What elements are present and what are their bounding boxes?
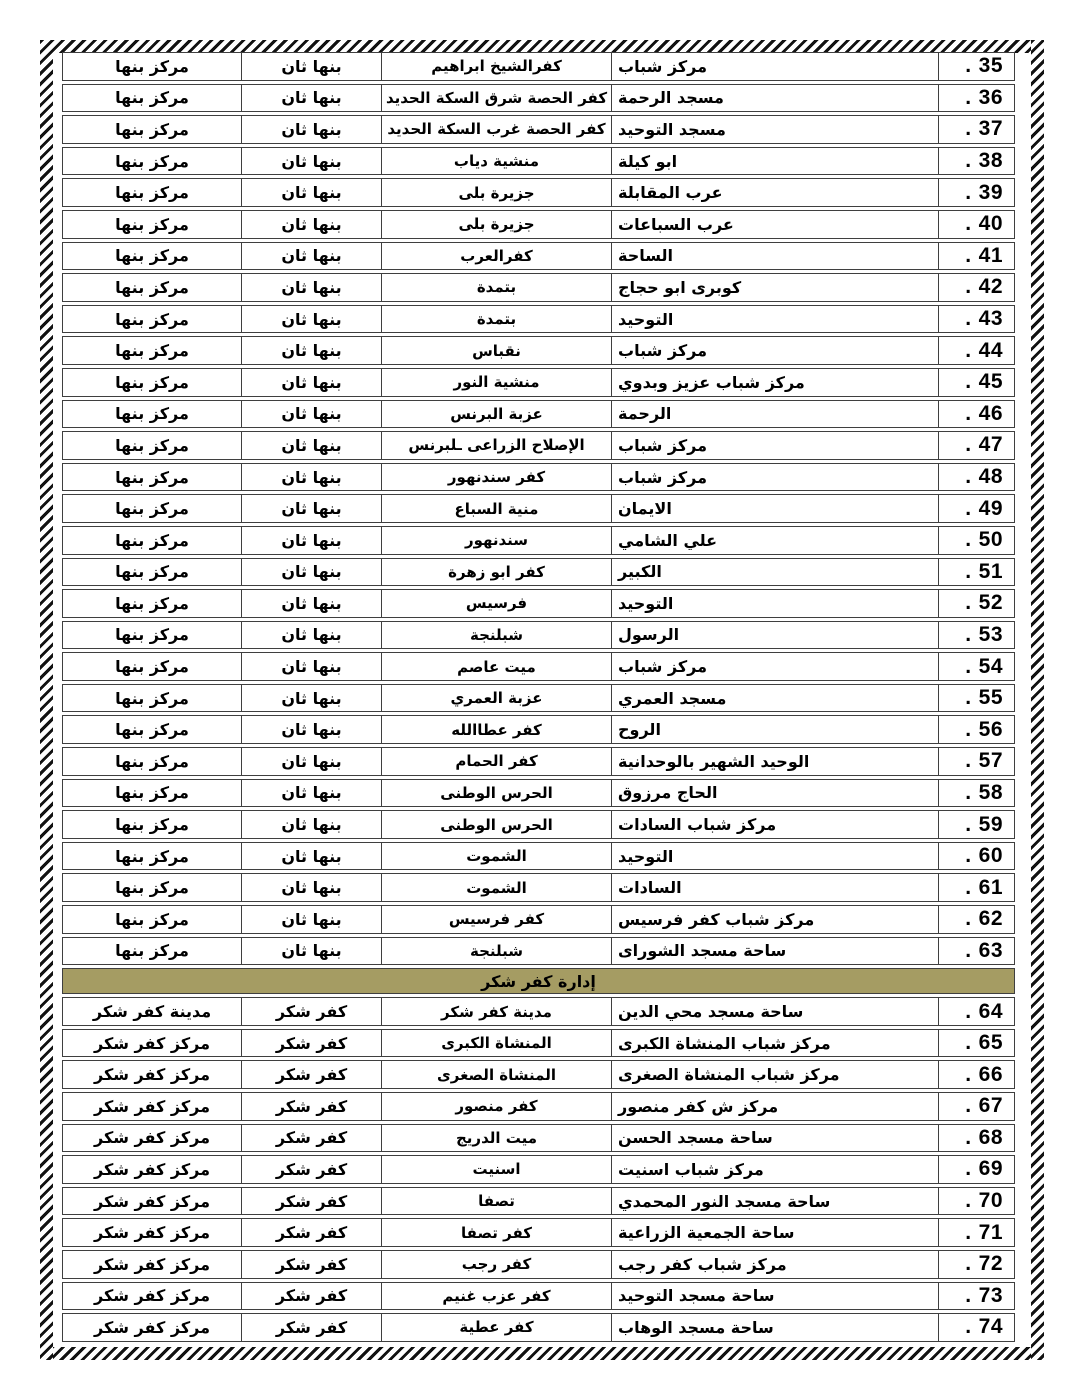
- name-cell: ساحة مسجد الوهاب: [611, 1314, 938, 1341]
- name-cell: مركز شباب المنشاة الصغرى: [611, 1061, 938, 1088]
- district-cell: بنها ثان: [241, 685, 381, 712]
- row-number-cell: .74: [938, 1314, 1014, 1341]
- row-number: 60: [979, 844, 1003, 868]
- village-cell: كفر عزب غنيم: [381, 1283, 611, 1310]
- table-row: مركز كفر شكر كفر شكر كفر عطية ساحة مسجد …: [62, 1313, 1015, 1342]
- row-number-cell: .56: [938, 716, 1014, 743]
- row-number: 38: [979, 149, 1003, 173]
- row-number: 43: [979, 307, 1003, 331]
- village-cell: سندنهور: [381, 527, 611, 554]
- center-cell: مركز بنها: [63, 590, 241, 617]
- name-cell: التوحيد: [611, 590, 938, 617]
- table-row: مركز بنها بنها ثان منشية النور مركز شباب…: [62, 368, 1015, 397]
- name-cell: كوبرى ابو حجاج: [611, 274, 938, 301]
- row-number: 64: [979, 1000, 1003, 1024]
- center-cell: مركز بنها: [63, 148, 241, 175]
- table-row: مركز بنها بنها ثان شبلنجة الرسول .53: [62, 621, 1015, 650]
- name-cell: ساحة الجمعية الزراعية: [611, 1219, 938, 1246]
- row-number-cell: .48: [938, 464, 1014, 491]
- row-number-cell: .64: [938, 998, 1014, 1025]
- district-cell: بنها ثان: [241, 306, 381, 333]
- village-cell: الحرس الوطنى: [381, 780, 611, 807]
- table-row: مركز بنها بنها ثان شبلنجة ساحة مسجد الشو…: [62, 937, 1015, 966]
- table-row: مركز بنها بنها ثان كفر سندنهور مركز شباب…: [62, 463, 1015, 492]
- list-dot: .: [965, 781, 971, 805]
- center-cell: مركز بنها: [63, 906, 241, 933]
- table-row: مركز بنها بنها ثان كفر عطاالله الروح .56: [62, 715, 1015, 744]
- row-number: 36: [979, 86, 1003, 110]
- table-row: مركز بنها بنها ثان كفرالعرب الساحة .41: [62, 242, 1015, 271]
- village-cell: كفر ابو زهرة: [381, 559, 611, 586]
- district-cell: بنها ثان: [241, 559, 381, 586]
- row-number: 35: [979, 54, 1003, 78]
- center-cell: مركز بنها: [63, 337, 241, 364]
- table-row: مركز بنها بنها ثان فرسيس التوحيد .52: [62, 589, 1015, 618]
- row-number-cell: .45: [938, 369, 1014, 396]
- table-row: مركز بنها بنها ثان ميت عاصم مركز شباب .5…: [62, 652, 1015, 681]
- district-cell: بنها ثان: [241, 906, 381, 933]
- list-dot: .: [965, 275, 971, 299]
- section-header-row: إدارة كفر شكر: [62, 968, 1015, 994]
- name-cell: عرب السباعات: [611, 211, 938, 238]
- village-cell: منشية دياب: [381, 148, 611, 175]
- village-cell: منية السباع: [381, 495, 611, 522]
- center-cell: مركز كفر شكر: [63, 1093, 241, 1120]
- district-cell: بنها ثان: [241, 53, 381, 80]
- table-row: مركز كفر شكر كفر شكر اسنيت مركز شباب اسن…: [62, 1155, 1015, 1184]
- table-row: مركز بنها بنها ثان عزبة البرنس الرحمة .4…: [62, 400, 1015, 429]
- name-cell: ساحة مسجد النور المحمدي: [611, 1188, 938, 1215]
- row-number: 69: [979, 1157, 1003, 1181]
- row-number: 71: [979, 1221, 1003, 1245]
- center-cell: مركز بنها: [63, 401, 241, 428]
- center-cell: مركز كفر شكر: [63, 1030, 241, 1057]
- center-cell: مركز بنها: [63, 685, 241, 712]
- row-number: 73: [979, 1284, 1003, 1308]
- center-cell: مركز بنها: [63, 843, 241, 870]
- list-dot: .: [965, 749, 971, 773]
- center-cell: مركز بنها: [63, 874, 241, 901]
- village-cell: كفرالشيخ ابراهيم: [381, 53, 611, 80]
- name-cell: مركز شباب اسنيت: [611, 1156, 938, 1183]
- name-cell: الساحة: [611, 243, 938, 270]
- district-cell: بنها ثان: [241, 337, 381, 364]
- village-cell: بتمدة: [381, 306, 611, 333]
- village-cell: الشموت: [381, 874, 611, 901]
- table-row: مركز بنها بنها ثان كفر الحصة غرب السكة ا…: [62, 115, 1015, 144]
- district-cell: بنها ثان: [241, 748, 381, 775]
- name-cell: التوحيد: [611, 306, 938, 333]
- row-number: 46: [979, 402, 1003, 426]
- center-cell: مركز بنها: [63, 559, 241, 586]
- list-dot: .: [965, 686, 971, 710]
- list-dot: .: [965, 244, 971, 268]
- list-dot: .: [965, 307, 971, 331]
- table-row: مركز كفر شكر كفر شكر كفر رجب مركز شباب ك…: [62, 1250, 1015, 1279]
- table-row: مركز بنها بنها ثان جزيرة بلى عرب السباعا…: [62, 210, 1015, 239]
- table-row: مركز بنها بنها ثان عزبة العمري مسجد العم…: [62, 684, 1015, 713]
- table-row: مركز بنها بنها ثان الحرس الوطنى الحاج مر…: [62, 779, 1015, 808]
- row-number-cell: .50: [938, 527, 1014, 554]
- table-row: مركز بنها بنها ثان كفرالشيخ ابراهيم مركز…: [62, 52, 1015, 81]
- name-cell: مركز شباب: [611, 464, 938, 491]
- district-cell: بنها ثان: [241, 495, 381, 522]
- center-cell: مركز بنها: [63, 85, 241, 112]
- district-cell: كفر شكر: [241, 1314, 381, 1341]
- village-cell: الشموت: [381, 843, 611, 870]
- list-dot: .: [965, 718, 971, 742]
- name-cell: مركز شباب: [611, 432, 938, 459]
- district-cell: بنها ثان: [241, 622, 381, 649]
- village-cell: فرسيس: [381, 590, 611, 617]
- table-row: مركز بنها بنها ثان كفر ابو زهرة الكبير .…: [62, 558, 1015, 587]
- row-number-cell: .36: [938, 85, 1014, 112]
- section-header-label: إدارة كفر شكر: [481, 972, 596, 991]
- name-cell: مسجد العمري: [611, 685, 938, 712]
- list-dot: .: [965, 212, 971, 236]
- name-cell: عرب المقابلة: [611, 179, 938, 206]
- name-cell: التوحيد: [611, 843, 938, 870]
- district-cell: بنها ثان: [241, 874, 381, 901]
- row-number: 51: [979, 560, 1003, 584]
- table-row: مركز بنها بنها ثان نقباس مركز شباب .44: [62, 336, 1015, 365]
- village-cell: الحرس الوطنى: [381, 811, 611, 838]
- name-cell: مركز شباب: [611, 653, 938, 680]
- district-cell: بنها ثان: [241, 464, 381, 491]
- list-dot: .: [965, 939, 971, 963]
- row-number-cell: .59: [938, 811, 1014, 838]
- center-cell: مركز كفر شكر: [63, 1314, 241, 1341]
- list-dot: .: [965, 528, 971, 552]
- village-cell: المنشاة الصغرى: [381, 1061, 611, 1088]
- district-cell: كفر شكر: [241, 1125, 381, 1152]
- table-row: مركز بنها بنها ثان الشموت السادات .61: [62, 873, 1015, 902]
- district-cell: بنها ثان: [241, 369, 381, 396]
- list-dot: .: [965, 465, 971, 489]
- row-number-cell: .58: [938, 780, 1014, 807]
- center-cell: مركز بنها: [63, 464, 241, 491]
- district-cell: بنها ثان: [241, 432, 381, 459]
- row-number: 67: [979, 1094, 1003, 1118]
- village-cell: شبلنجة: [381, 938, 611, 965]
- row-number-cell: .39: [938, 179, 1014, 206]
- row-number-cell: .72: [938, 1251, 1014, 1278]
- list-dot: .: [965, 1094, 971, 1118]
- row-number: 56: [979, 718, 1003, 742]
- row-number-cell: .63: [938, 938, 1014, 965]
- list-dot: .: [965, 86, 971, 110]
- row-number: 42: [979, 275, 1003, 299]
- name-cell: مركز شباب السادات: [611, 811, 938, 838]
- row-number: 59: [979, 813, 1003, 837]
- list-dot: .: [965, 1031, 971, 1055]
- list-dot: .: [965, 560, 971, 584]
- district-cell: بنها ثان: [241, 780, 381, 807]
- row-number: 47: [979, 433, 1003, 457]
- table-row: مركز كفر شكر كفر شكر كفر تصفا ساحة الجمع…: [62, 1218, 1015, 1247]
- name-cell: الرحمة: [611, 401, 938, 428]
- row-number-cell: .53: [938, 622, 1014, 649]
- list-dot: .: [965, 1157, 971, 1181]
- district-cell: بنها ثان: [241, 653, 381, 680]
- center-cell: مركز كفر شكر: [63, 1219, 241, 1246]
- village-cell: الإصلاح الزراعى ـلبرنس: [381, 432, 611, 459]
- district-cell: كفر شكر: [241, 1030, 381, 1057]
- row-number-cell: .38: [938, 148, 1014, 175]
- district-cell: بنها ثان: [241, 811, 381, 838]
- center-cell: مركز بنها: [63, 179, 241, 206]
- row-number: 41: [979, 244, 1003, 268]
- list-dot: .: [965, 370, 971, 394]
- district-cell: بنها ثان: [241, 211, 381, 238]
- table-row: مركز كفر شكر كفر شكر تصفا ساحة مسجد النو…: [62, 1187, 1015, 1216]
- center-cell: مركز بنها: [63, 780, 241, 807]
- table-row: مركز كفر شكر كفر شكر المنشاة الصغرى مركز…: [62, 1060, 1015, 1089]
- center-cell: مركز بنها: [63, 369, 241, 396]
- row-number-cell: .46: [938, 401, 1014, 428]
- name-cell: ساحة مسجد محي الدين: [611, 998, 938, 1025]
- row-number-cell: .43: [938, 306, 1014, 333]
- list-dot: .: [965, 497, 971, 521]
- center-cell: مدينة كفر شكر: [63, 998, 241, 1025]
- list-dot: .: [965, 623, 971, 647]
- row-number: 54: [979, 655, 1003, 679]
- name-cell: الروح: [611, 716, 938, 743]
- page-border-left: [40, 40, 53, 1360]
- table-row: مركز بنها بنها ثان الحرس الوطنى مركز شبا…: [62, 810, 1015, 839]
- table-row: مركز كفر شكر كفر شكر كفر عزب غنيم ساحة م…: [62, 1282, 1015, 1311]
- row-number: 52: [979, 591, 1003, 615]
- village-cell: تصفا: [381, 1188, 611, 1215]
- center-cell: مركز بنها: [63, 653, 241, 680]
- row-number-cell: .37: [938, 116, 1014, 143]
- row-number: 49: [979, 497, 1003, 521]
- row-number-cell: .49: [938, 495, 1014, 522]
- center-cell: مركز بنها: [63, 243, 241, 270]
- district-cell: كفر شكر: [241, 1283, 381, 1310]
- row-number: 70: [979, 1189, 1003, 1213]
- center-cell: مركز بنها: [63, 527, 241, 554]
- row-number-cell: .41: [938, 243, 1014, 270]
- list-dot: .: [965, 339, 971, 363]
- name-cell: ساحة مسجد التوحيد: [611, 1283, 938, 1310]
- district-cell: بنها ثان: [241, 401, 381, 428]
- center-cell: مركز بنها: [63, 432, 241, 459]
- center-cell: مركز بنها: [63, 495, 241, 522]
- list-dot: .: [965, 1189, 971, 1213]
- name-cell: الايمان: [611, 495, 938, 522]
- name-cell: الرسول: [611, 622, 938, 649]
- row-number: 61: [979, 876, 1003, 900]
- name-cell: ساحة مسجد الشوراى: [611, 938, 938, 965]
- row-number: 65: [979, 1031, 1003, 1055]
- village-cell: جزيرة بلى: [381, 211, 611, 238]
- center-cell: مركز بنها: [63, 748, 241, 775]
- village-cell: كفر الحصة شرق السكة الحديد: [381, 85, 611, 112]
- village-cell: المنشاة الكبرى: [381, 1030, 611, 1057]
- table-row: مركز بنها بنها ثان منشية دياب ابو كيلة .…: [62, 147, 1015, 176]
- table-row: مركز بنها بنها ثان بتمدة كوبرى ابو حجاج …: [62, 273, 1015, 302]
- center-cell: مركز بنها: [63, 938, 241, 965]
- center-cell: مركز كفر شكر: [63, 1251, 241, 1278]
- name-cell: ساحة مسجد الحسن: [611, 1125, 938, 1152]
- center-cell: مركز بنها: [63, 622, 241, 649]
- table-row: مركز كفر شكر كفر شكر ميت الدريج ساحة مسج…: [62, 1124, 1015, 1153]
- row-number: 39: [979, 181, 1003, 205]
- page-border-bottom: [40, 1347, 1044, 1360]
- center-cell: مركز بنها: [63, 53, 241, 80]
- name-cell: السادات: [611, 874, 938, 901]
- district-cell: بنها ثان: [241, 843, 381, 870]
- list-dot: .: [965, 813, 971, 837]
- list-dot: .: [965, 655, 971, 679]
- district-cell: بنها ثان: [241, 148, 381, 175]
- row-number: 57: [979, 749, 1003, 773]
- center-cell: مركز بنها: [63, 211, 241, 238]
- row-number-cell: .65: [938, 1030, 1014, 1057]
- list-dot: .: [965, 1126, 971, 1150]
- table-row: مدينة كفر شكر كفر شكر مدينة كفر شكر ساحة…: [62, 997, 1015, 1026]
- list-dot: .: [965, 433, 971, 457]
- row-number-cell: .55: [938, 685, 1014, 712]
- district-cell: كفر شكر: [241, 1219, 381, 1246]
- table-row: مركز بنها بنها ثان كفر الحمام الوحيد الش…: [62, 747, 1015, 776]
- row-number: 62: [979, 907, 1003, 931]
- table-row: مركز بنها بنها ثان الشموت التوحيد .60: [62, 842, 1015, 871]
- table-row: مركز بنها بنها ثان الإصلاح الزراعى ـلبرن…: [62, 431, 1015, 460]
- village-cell: نقباس: [381, 337, 611, 364]
- row-number-cell: .42: [938, 274, 1014, 301]
- district-cell: كفر شكر: [241, 1061, 381, 1088]
- row-number-cell: .69: [938, 1156, 1014, 1183]
- list-dot: .: [965, 1252, 971, 1276]
- district-cell: كفر شكر: [241, 1251, 381, 1278]
- village-cell: كفر سندنهور: [381, 464, 611, 491]
- table-row: مركز كفر شكر كفر شكر كفر منصور مركز ش كف…: [62, 1092, 1015, 1121]
- list-dot: .: [965, 181, 971, 205]
- row-number: 66: [979, 1063, 1003, 1087]
- list-dot: .: [965, 1284, 971, 1308]
- row-number: 74: [979, 1315, 1003, 1339]
- village-cell: اسنيت: [381, 1156, 611, 1183]
- district-cell: كفر شكر: [241, 1093, 381, 1120]
- list-dot: .: [965, 54, 971, 78]
- table-row: مركز بنها بنها ثان منية السباع الايمان .…: [62, 494, 1015, 523]
- center-cell: مركز كفر شكر: [63, 1156, 241, 1183]
- page-border-right: [1031, 40, 1044, 1360]
- name-cell: مركز شباب كفر رجب: [611, 1251, 938, 1278]
- table-row: مركز بنها بنها ثان بتمدة التوحيد .43: [62, 305, 1015, 334]
- village-cell: عزبة البرنس: [381, 401, 611, 428]
- list-dot: .: [965, 1315, 971, 1339]
- row-number-cell: .70: [938, 1188, 1014, 1215]
- village-cell: كفر الحمام: [381, 748, 611, 775]
- list-dot: .: [965, 844, 971, 868]
- row-number-cell: .73: [938, 1283, 1014, 1310]
- district-cell: كفر شكر: [241, 1188, 381, 1215]
- name-cell: الكبير: [611, 559, 938, 586]
- village-cell: كفر فرسيس: [381, 906, 611, 933]
- village-cell: كفر رجب: [381, 1251, 611, 1278]
- row-number: 55: [979, 686, 1003, 710]
- name-cell: مركز شباب عزيز وبدوي: [611, 369, 938, 396]
- row-number-cell: .47: [938, 432, 1014, 459]
- name-cell: ابو كيلة: [611, 148, 938, 175]
- table-row: مركز بنها بنها ثان كفر فرسيس مركز شباب ك…: [62, 905, 1015, 934]
- row-number-cell: .62: [938, 906, 1014, 933]
- row-number-cell: .51: [938, 559, 1014, 586]
- district-cell: بنها ثان: [241, 274, 381, 301]
- list-dot: .: [965, 907, 971, 931]
- row-number-cell: .35: [938, 53, 1014, 80]
- center-cell: مركز بنها: [63, 716, 241, 743]
- list-dot: .: [965, 876, 971, 900]
- list-dot: .: [965, 402, 971, 426]
- center-cell: مركز كفر شكر: [63, 1188, 241, 1215]
- village-cell: ميت عاصم: [381, 653, 611, 680]
- list-dot: .: [965, 117, 971, 141]
- district-cell: بنها ثان: [241, 590, 381, 617]
- district-cell: بنها ثان: [241, 938, 381, 965]
- row-number: 48: [979, 465, 1003, 489]
- district-cell: كفر شكر: [241, 1156, 381, 1183]
- district-cell: كفر شكر: [241, 998, 381, 1025]
- name-cell: الوحيد الشهير بالوحدانية: [611, 748, 938, 775]
- row-number: 45: [979, 370, 1003, 394]
- list-dot: .: [965, 1221, 971, 1245]
- village-cell: كفر عطاالله: [381, 716, 611, 743]
- village-cell: عزبة العمري: [381, 685, 611, 712]
- row-number: 72: [979, 1252, 1003, 1276]
- district-cell: بنها ثان: [241, 716, 381, 743]
- name-cell: علي الشامي: [611, 527, 938, 554]
- row-number: 44: [979, 339, 1003, 363]
- center-cell: مركز كفر شكر: [63, 1283, 241, 1310]
- row-number-cell: .52: [938, 590, 1014, 617]
- village-cell: مدينة كفر شكر: [381, 998, 611, 1025]
- name-cell: مركز ش كفر منصور: [611, 1093, 938, 1120]
- table-row: مركز بنها بنها ثان كفر الحصة شرق السكة ا…: [62, 84, 1015, 113]
- row-number: 40: [979, 212, 1003, 236]
- district-cell: بنها ثان: [241, 85, 381, 112]
- list-dot: .: [965, 149, 971, 173]
- center-cell: مركز بنها: [63, 811, 241, 838]
- row-number-cell: .44: [938, 337, 1014, 364]
- village-cell: كفرالعرب: [381, 243, 611, 270]
- center-cell: مركز كفر شكر: [63, 1125, 241, 1152]
- village-cell: جزيرة بلى: [381, 179, 611, 206]
- row-number: 37: [979, 117, 1003, 141]
- village-cell: كفر منصور: [381, 1093, 611, 1120]
- center-cell: مركز بنها: [63, 306, 241, 333]
- district-cell: بنها ثان: [241, 243, 381, 270]
- row-number-cell: .67: [938, 1093, 1014, 1120]
- table-row: مركز بنها بنها ثان سندنهور علي الشامي .5…: [62, 526, 1015, 555]
- name-cell: مركز شباب: [611, 337, 938, 364]
- row-number: 53: [979, 623, 1003, 647]
- village-cell: بتمدة: [381, 274, 611, 301]
- table-row: مركز كفر شكر كفر شكر المنشاة الكبرى مركز…: [62, 1029, 1015, 1058]
- district-cell: بنها ثان: [241, 116, 381, 143]
- center-cell: مركز كفر شكر: [63, 1061, 241, 1088]
- center-cell: مركز بنها: [63, 274, 241, 301]
- village-cell: كفر عطية: [381, 1314, 611, 1341]
- name-cell: مسجد التوحيد: [611, 116, 938, 143]
- row-number-cell: .71: [938, 1219, 1014, 1246]
- row-number: 50: [979, 528, 1003, 552]
- row-number: 63: [979, 939, 1003, 963]
- village-cell: شبلنجة: [381, 622, 611, 649]
